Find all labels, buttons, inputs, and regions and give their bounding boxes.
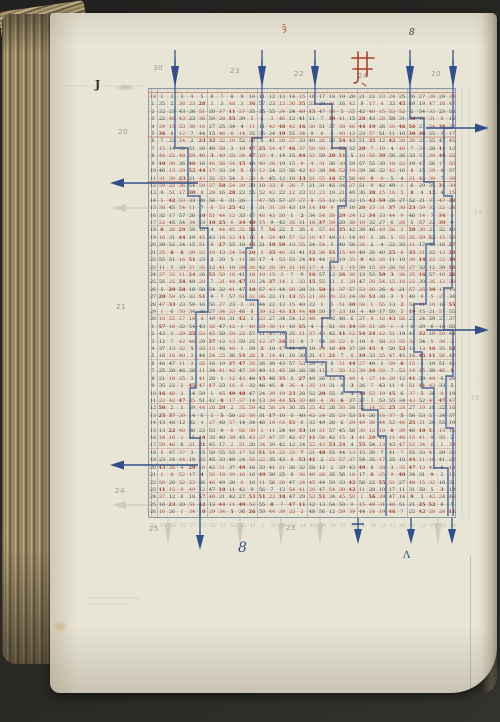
table-row: 9103036401646565415484826191594313630595… bbox=[149, 156, 455, 163]
table-row: 2250203253364049208101156204724454450334… bbox=[149, 475, 455, 482]
table-row: 1250215944202923559425024363525422850585… bbox=[149, 400, 455, 407]
digit-grid: 1812345678910111213141516171819202122232… bbox=[149, 89, 455, 517]
table-row: 2616261341029345362650443923248561259394… bbox=[149, 504, 455, 511]
table-row: 2043264291842513749163341213632581222943… bbox=[149, 460, 455, 467]
margin-numeral-top: 24 bbox=[358, 72, 368, 80]
table-row: 2311329213512411038284220302116174532153… bbox=[149, 260, 455, 267]
astronomical-table: 1812345678910111213141516171819202122232… bbox=[148, 88, 456, 518]
table-row: 4371332533124640129210474127102416493729… bbox=[149, 341, 455, 348]
table-row: 2916503430273423461391248134448503723164… bbox=[149, 304, 455, 311]
table-row: 1122424735514281737141334445530404366372… bbox=[149, 393, 455, 400]
table-row: 2516232051421344114953558747111213545091… bbox=[149, 497, 455, 504]
table-row: 1618102151833403945433747374247115642153… bbox=[149, 430, 455, 437]
margin-numeral-left: 20 bbox=[118, 128, 128, 136]
table-row: 1812345678910111213141516171819202122232… bbox=[149, 89, 455, 96]
table-row: 9352224547172316632464583643519318326743… bbox=[149, 378, 455, 385]
bottom-blue-letter: Λ bbox=[403, 550, 410, 561]
table-row: 1571632544332471214029361110554551383459… bbox=[149, 319, 455, 326]
table-row: 2311159491247101142956712544120475430421… bbox=[149, 482, 455, 489]
table-row: 1016482145914549484724391923285228558534… bbox=[149, 386, 455, 393]
table-row: 1413481232427485714344619545563349206294… bbox=[149, 415, 455, 422]
table-row: 2847332359165627232314422121540221551305… bbox=[149, 297, 455, 304]
table-row: 2720581532519757513236221113552130202314… bbox=[149, 289, 455, 296]
bottom-blue-numeral: 8 bbox=[238, 540, 247, 556]
table-row: 2433292553455058235711571625113743421112… bbox=[149, 326, 455, 333]
table-row: 1325372014655502258311710640422425235351… bbox=[149, 408, 455, 415]
margin-numeral-top: 30 bbox=[153, 64, 163, 72]
table-row: 6723542233232105238841282733402630544351… bbox=[149, 133, 455, 140]
margin-numeral-left: 24 bbox=[115, 487, 125, 495]
table-row: 1530455411765325425313129431914109551020… bbox=[149, 200, 455, 207]
table-row: 1259222654592758542939102382672131453427… bbox=[149, 178, 455, 185]
table-row: 1131302321433233543338451210132155185756… bbox=[149, 171, 455, 178]
table-row: 2737237485334394731312423742481114182816… bbox=[149, 512, 455, 517]
table-row: 1395117308291628235552432212231323192149… bbox=[149, 185, 455, 192]
table-row: 1513224036225398563021124403318215745563… bbox=[149, 423, 455, 430]
table-row: 2437126185749314227535123184729535134455… bbox=[149, 489, 455, 496]
ink-smudge bbox=[114, 84, 136, 91]
table-row: 3127424629571213592512372621875426228188… bbox=[149, 334, 455, 341]
margin-numeral-top: 22 bbox=[294, 70, 304, 78]
table-row: 1916314419454316521116154495732104749111… bbox=[149, 230, 455, 237]
table-row: 2125862022101324542053546334112365515494… bbox=[149, 245, 455, 252]
margin-numeral-right: 16 bbox=[470, 394, 480, 402]
table-row: 1454253333056631261475557272715512162215… bbox=[149, 193, 455, 200]
table-row: 6484711325161937472026304357532928514427… bbox=[149, 356, 455, 363]
top-black-mark: 8 bbox=[409, 28, 415, 38]
margin-numeral-bottom: 23 bbox=[286, 524, 296, 532]
table-row: 1759466212145172512034304212245243532445… bbox=[149, 437, 455, 444]
table-row: 8482248594034958344710414154452592011510… bbox=[149, 148, 455, 155]
manuscript-photo: 1812345678910111213141516171819202122232… bbox=[0, 0, 500, 722]
margin-numeral-top: 23 bbox=[230, 67, 240, 75]
margin-numeral-right: 14 bbox=[473, 208, 483, 216]
table-row: 2255511651232205113817453532441443219358… bbox=[149, 252, 455, 259]
margin-numeral-top: 20 bbox=[431, 70, 441, 78]
margin-numeral-bottom: 25 bbox=[149, 525, 159, 533]
table-row: 1854737315585555175251542323721485544131… bbox=[149, 445, 455, 452]
table-row: 1352382328334833657231336355329311642917… bbox=[149, 96, 455, 103]
foxing-stain bbox=[52, 620, 68, 633]
table-row: 5361127441546614353524195534962401323575… bbox=[149, 126, 455, 133]
fore-edge-shading bbox=[482, 13, 497, 693]
table-row: 7151432513849583194725544746375850622322… bbox=[149, 141, 455, 148]
table-row: 2437331124265550164118101537918571226301… bbox=[149, 267, 455, 274]
bleedthrough-digit-row: 5952361527372251532341135395714452459375… bbox=[148, 518, 458, 525]
red-abbreviation-glyph: ȝ̄ bbox=[281, 24, 287, 35]
table-row: 7252046261134414247394911453026361175012… bbox=[149, 363, 455, 370]
table-row: 2118521745018391616493025636402635561817… bbox=[149, 467, 455, 474]
table-row: 1632175720105144123317484350123454582924… bbox=[149, 208, 455, 215]
table-row: 1722455434231025634401594235311837592038… bbox=[149, 215, 455, 222]
table-row: 2556255449207314447102437141331555111294… bbox=[149, 274, 455, 281]
table-row: 1046132952441733245101224235642422836521… bbox=[149, 163, 455, 170]
paraph-mark: J bbox=[95, 78, 100, 91]
table-row: 3224643233659285539563461241117394115284… bbox=[149, 111, 455, 118]
page-crease bbox=[470, 556, 471, 688]
table-row: 1882829581044445325675622536657463542394… bbox=[149, 222, 455, 229]
margin-numeral-left: 21 bbox=[116, 303, 126, 311]
table-row: 2222343265120171127353555242449154758525… bbox=[149, 104, 455, 111]
table-row: 1923344419334533492458223543853412225737… bbox=[149, 452, 455, 459]
table-row: 5161040344542536542831441103031472178193… bbox=[149, 348, 455, 355]
table-row: 4291553381627253441111424842163051273846… bbox=[149, 119, 455, 126]
table-row: 3010552719449403142123273454124843648637… bbox=[149, 311, 455, 318]
table-row: 2652958185854324147105743445028215841375… bbox=[149, 282, 455, 289]
table-row: 8211825341281124348154835327492612434942… bbox=[149, 371, 455, 378]
table-row: 2038522415516175518152118581355245414056… bbox=[149, 237, 455, 244]
